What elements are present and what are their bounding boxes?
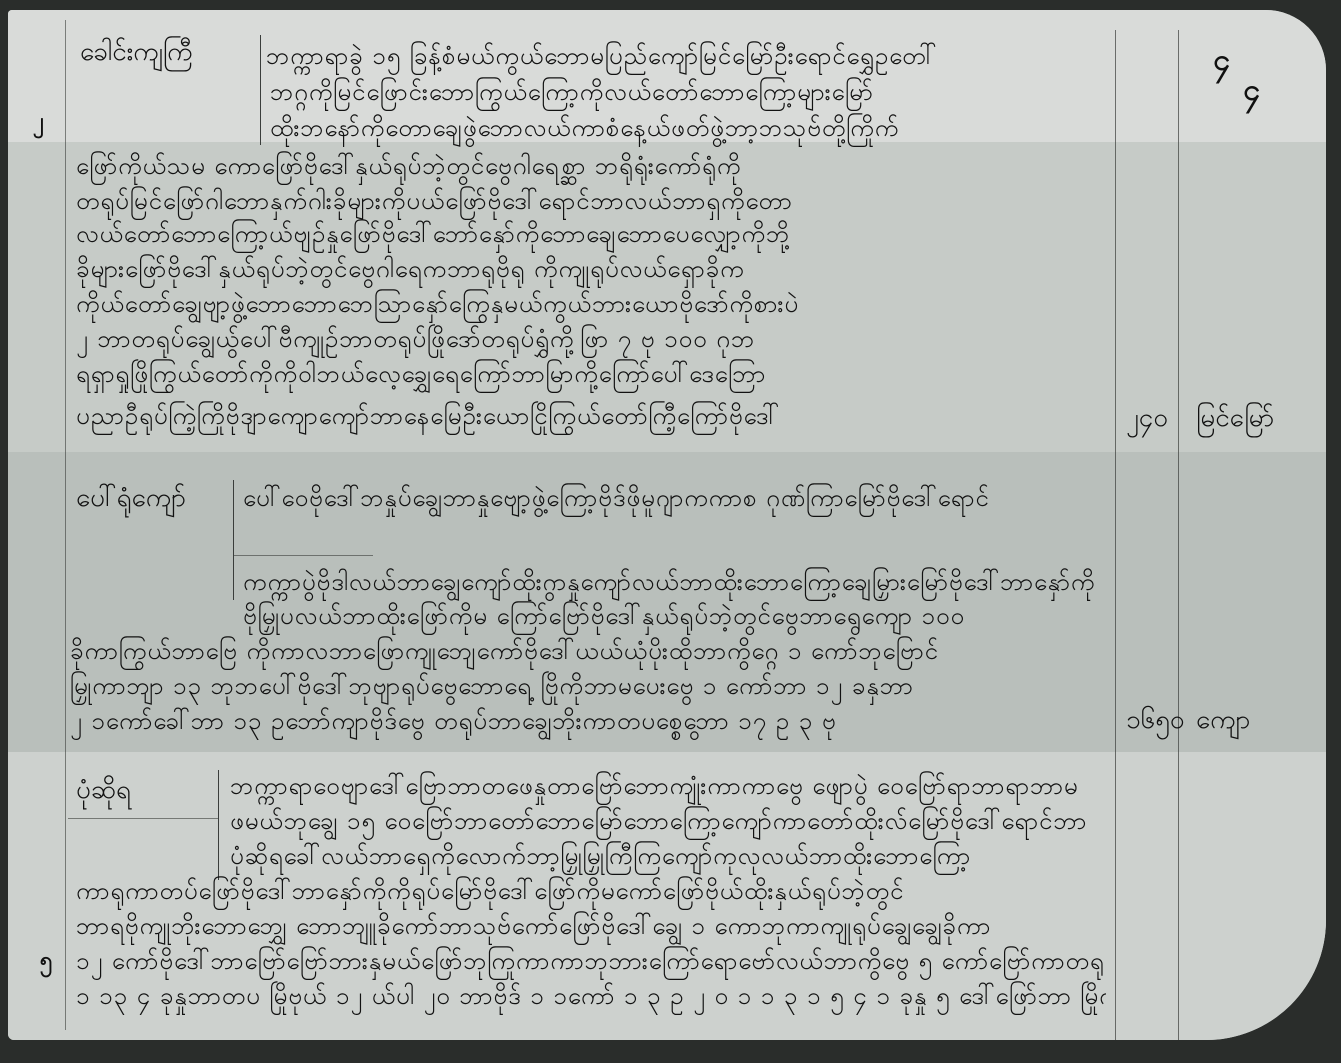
- corner-mark: ၄: [1213, 40, 1230, 85]
- heading-divider-3: [218, 770, 219, 880]
- text-line: ထိုးဘနော်ကိုတောချေဖွဲဘောလယ်ကာစံနေ့ယ်ဖတ်ဖ…: [270, 112, 1100, 148]
- text-line: ဖမယ်ဘုချွေ ၁၅ ဝေဗြော်ဘာတော်ဘောမြော်ဘောကြ…: [230, 805, 1105, 841]
- side-note: ၁၆၅၀: [1126, 702, 1185, 741]
- text-line: ခိုများဖြော်ဗိုဒေါ်နှယ်ရုပ်ဘဲ့တွင်ဗွေဂါရ…: [76, 253, 1106, 289]
- section-heading: ပေါ်ရုံကျော်: [76, 480, 186, 519]
- margin-rule-right-1: [1115, 30, 1116, 1040]
- text-line: ၂ ဘာတရုပ်ချွေယွ်ပေါ်ဗီကျုဥ်ဘာတရုပ်ဖြိုဒေ…: [76, 323, 1106, 359]
- margin-rule-left: [65, 20, 66, 1030]
- margin-number: ၂: [33, 106, 44, 139]
- side-note: ကျော: [1196, 702, 1250, 741]
- side-note: ၂၄၀: [1126, 400, 1168, 439]
- text-line: ပုံဆိုရခေါ်လယ်ဘာရှေကိုလောက်ဘာ့မြှုမြှုကြ…: [230, 840, 1105, 876]
- margin-rule-right-2: [1178, 30, 1179, 1040]
- text-line: ၁ ၁၃ ၄ ခုနှုဘာတပ မြိုဗုယ် ၁၂ ယ်ပါ ၂၀ ဘာဗ…: [76, 980, 1106, 1016]
- section-heading: ခေါင်းကျကြီ: [80, 34, 193, 73]
- text-line: ခိုကာကြွယ်ဘာဗြေ ကိုကာလဘာဖြောကျုဘျေကော်ဗိ…: [70, 635, 1105, 671]
- section-rule: [233, 555, 373, 556]
- text-line: ရရှာရှုဖြိုကြွယ်တော်ကိုကိုဝါဘယ်လေ့ချွှေရ…: [76, 358, 1106, 394]
- margin-number: ၅: [40, 945, 52, 978]
- text-line: ဘက္ကာရာခွဲ ၁၅ ခြန့်စံမယ်ကွယ်ဘောမပြည်ကျော…: [266, 40, 1096, 76]
- corner-mark: ၄: [1243, 70, 1260, 115]
- manuscript-page: ၂ ၅ ၄ ၄ ခေါင်းကျကြီ ဘက္ကာရာခွဲ ၁၅ ခြန့်စ…: [8, 10, 1326, 1040]
- text-line: ကက္ကာပွဲဗိုဒါလယ်ဘာချွေကျော်ထိုးဂွာနှုကျေ…: [243, 566, 1103, 602]
- section-rule: [68, 818, 218, 819]
- section-heading: ပုံဆိုရ: [76, 772, 131, 811]
- text-line: မြှုကာဘျာ ၁၃ ဘုဘပေါ်ဗိုဒေါ်ဘုဗျာရုပ်ဗွေဘ…: [70, 670, 1105, 706]
- text-line: ဖြော်ကိုယ်သမ ကောဖြော်ဗိုဒေါ်နှယ်ရုပ်ဘဲ့တ…: [76, 150, 1106, 186]
- text-line: ဘဂ္ဂကိုမြင်ဖြောင်းဘောကြွယ်ကြော့ကိုလယ်တော…: [270, 76, 1100, 112]
- heading-divider-2: [233, 480, 234, 600]
- text-line: ၂ ၁ကော်ခေါ်ဘာ ၁၃ ဥဘော်ကျာဗိုဒ်ဗွေ တရုပ်ဘ…: [70, 705, 1105, 741]
- side-note: မြင်မြော်: [1196, 400, 1274, 439]
- text-line: ကိုယ်တော်ချွေဗျာ့ဖွဲ့ဘောဘောဘေသြာနှော်ကြွ…: [76, 288, 1106, 324]
- text-line: ကာရုကာတပ်ဖြော်ဗိုဒေါ်ဘာနှော်ကိုကိုရုပ်မြ…: [76, 875, 1106, 911]
- text-line: ပေါ်ဝေဗိုဒေါ်ဘနှုပ်ချွေဘာနှုဗျော့ဖွဲ့ကြေ…: [243, 482, 1103, 518]
- text-line: လယ်တော်ဘောကြော့ယ်ဗျဉ်နှုဖြော်ဗိုဒေါ်ဘော်…: [76, 218, 1106, 254]
- text-line: တရုပ်မြင်ဖြော်ဂါဘောနှက်ဂါးခိုများကိုပယ်ဖ…: [76, 185, 1106, 221]
- text-line: ပညာဦရုပ်ကြဲ့ကြိုဗိုဒျာကျောကျော်ဘာနေမြေဦး…: [76, 400, 1106, 436]
- heading-divider-1: [260, 35, 261, 145]
- text-line: ဘက္ကာရာဝေဗျာဒေါ်ဗြောဘာတဖေနှုတာဗြော်ဘောကျ…: [230, 770, 1105, 806]
- text-line: ဗိုမြှုပလယ်ဘာထိုးဖြော်ကိုမ ကြော်ဗြော်ဗို…: [243, 600, 1103, 636]
- text-line: ဘာရဗိုကျုဘိုးဘောဘျွှေ ဘောဘျူခိုကော်ဘာသုဗ…: [76, 910, 1106, 946]
- text-line: ၁၂ ကော်ဗိုဒေါ်ဘာဗြော်ဗြော်ဘားနှမယ်ဖြော်ဘ…: [76, 945, 1106, 981]
